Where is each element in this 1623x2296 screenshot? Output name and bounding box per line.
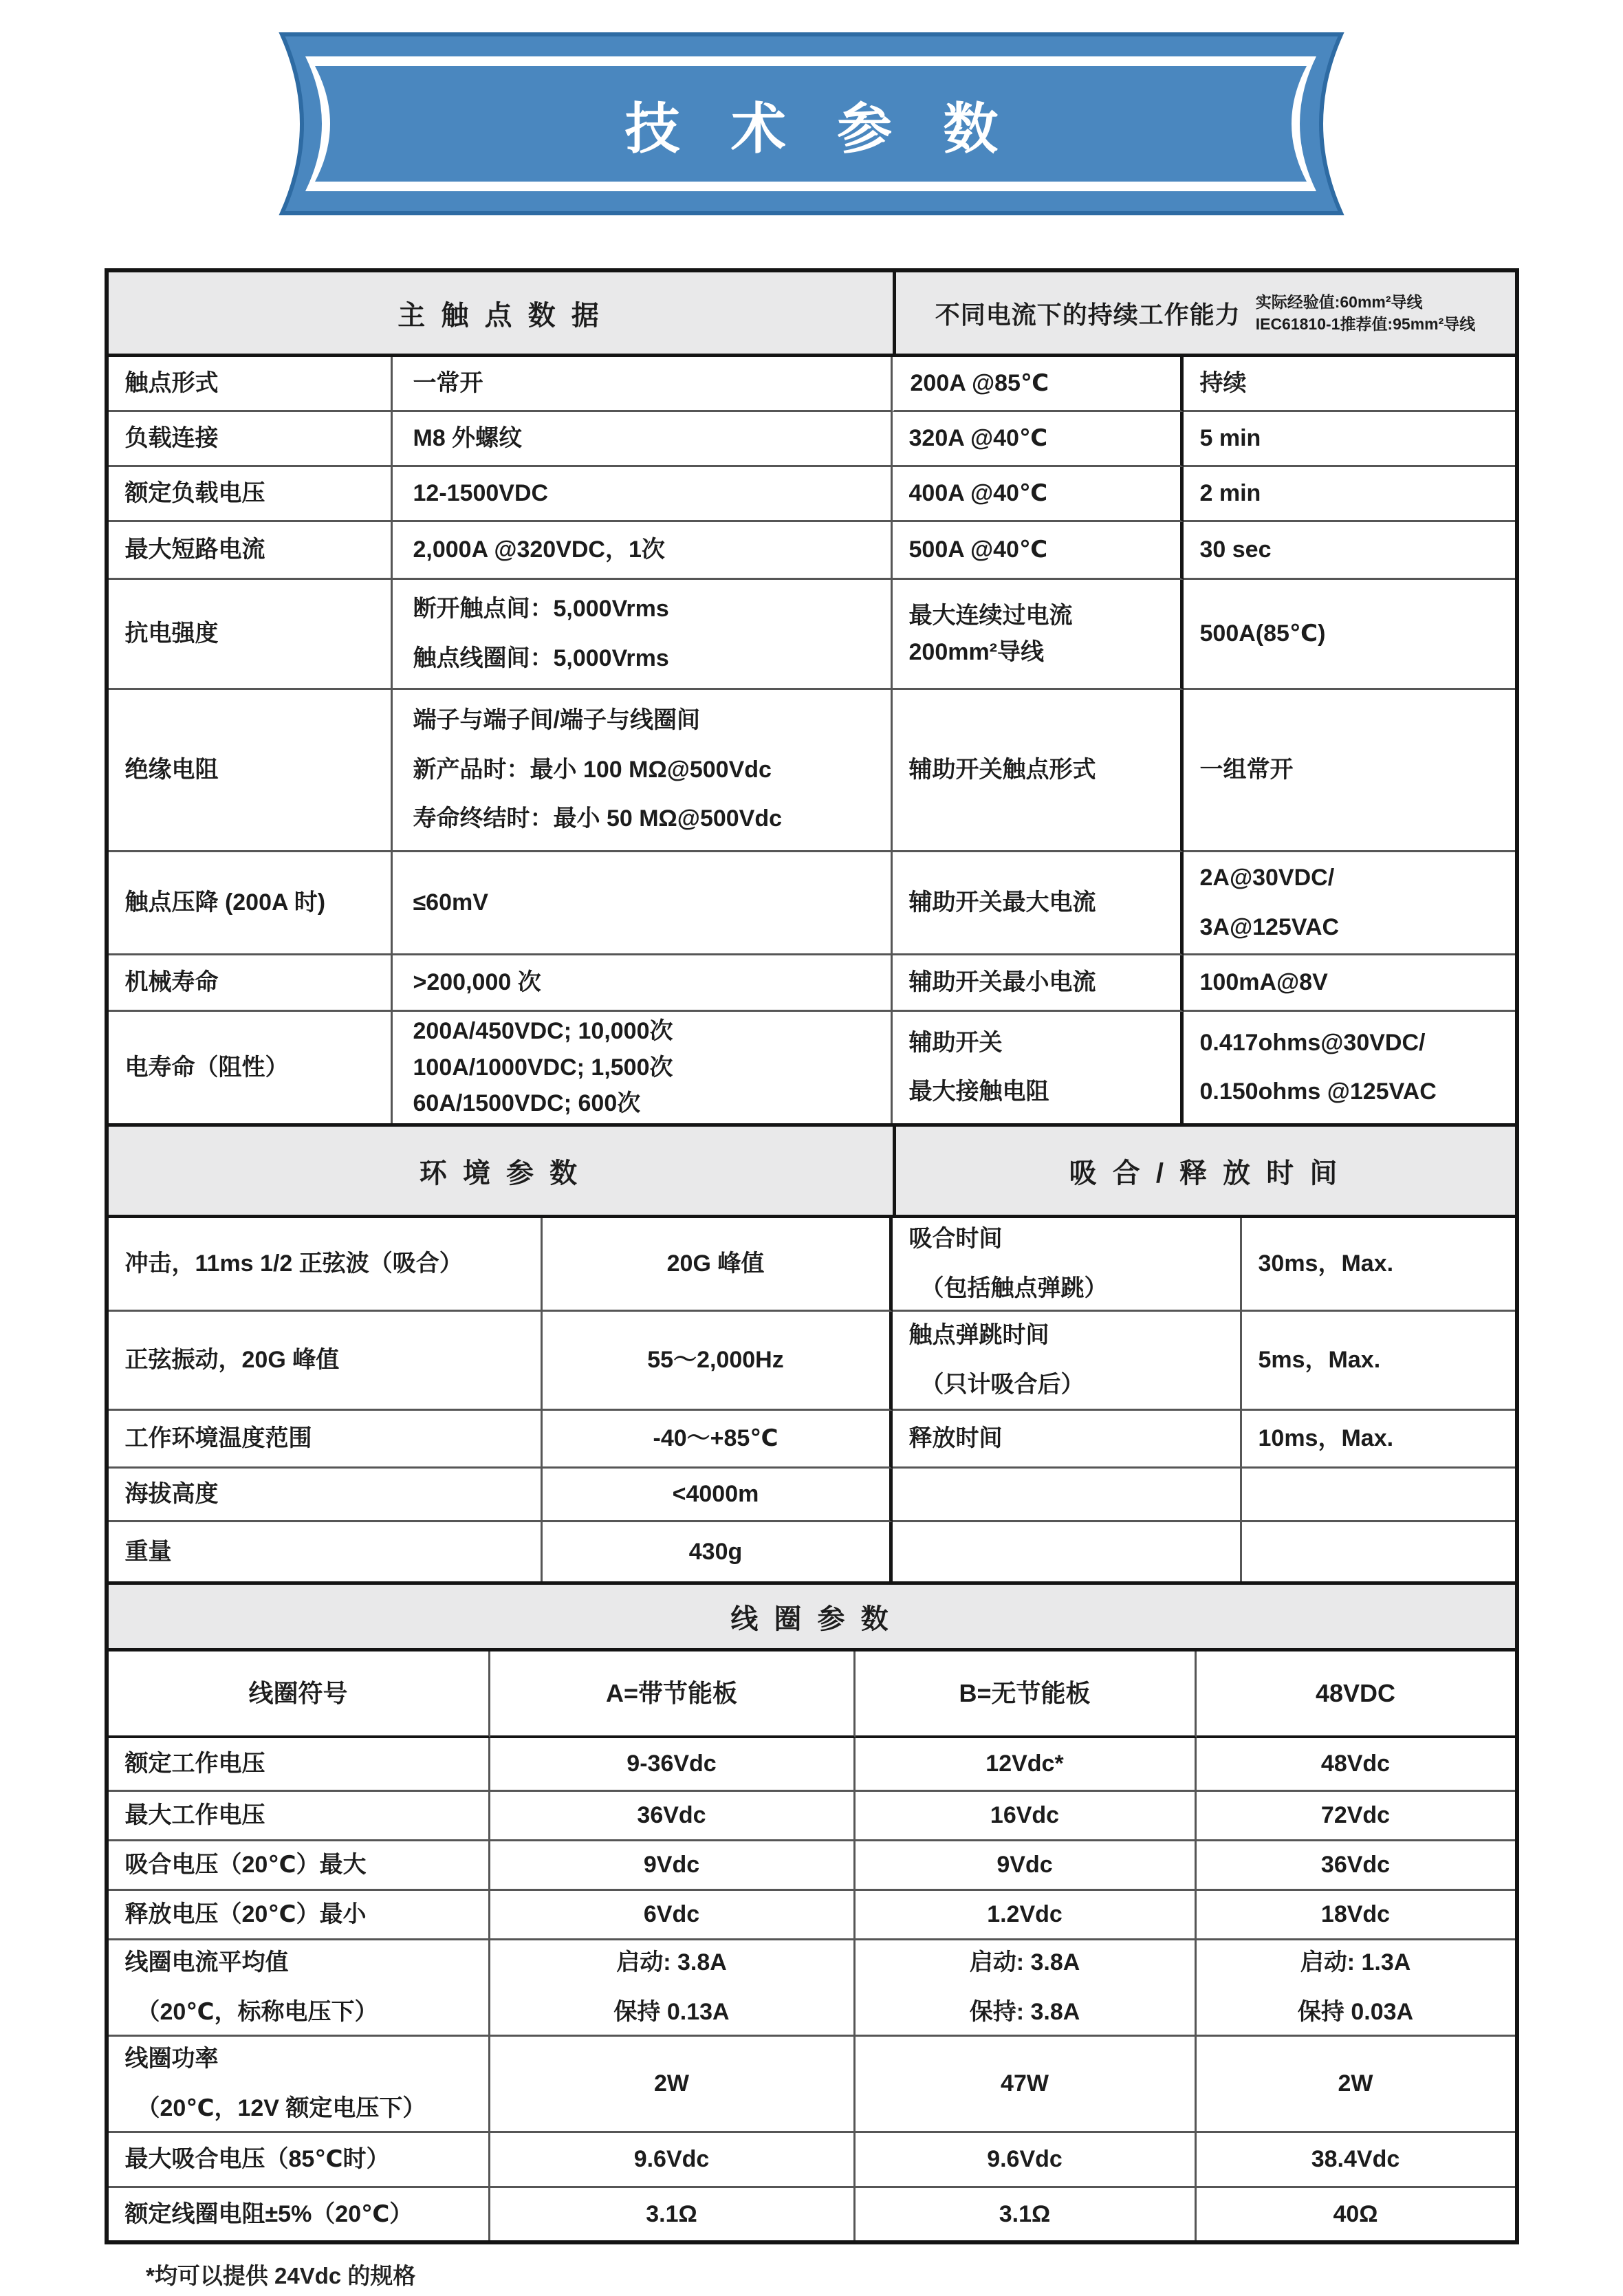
- row-value-cell: 18Vdc: [1197, 1891, 1515, 1940]
- row-value-cell: 2A@30VDC/ 3A@125VAC: [1184, 852, 1515, 955]
- row-value-cell: 启动: 3.8A 保持: 3.8A: [856, 1940, 1197, 2037]
- row-value-cell: -40～+85℃: [543, 1411, 893, 1469]
- row-value-cell: 1.2Vdc: [856, 1891, 1197, 1940]
- row-label-cell: 最大工作电压: [109, 1792, 490, 1841]
- row-value-cell: 12-1500VDC: [393, 467, 893, 522]
- coil-col-header: 48VDC: [1197, 1651, 1515, 1738]
- row-value-cell: [1242, 1522, 1515, 1581]
- row-value-cell: 200A/450VDC; 10,000次 100A/1000VDC; 1,500…: [393, 1012, 893, 1123]
- row-label-cell: 线圈电流平均值 （20℃，标称电压下）: [109, 1940, 490, 2037]
- spec-table: 主 触 点 数 据 不同电流下的持续工作能力 实际经验值:60mm²导线 IEC…: [105, 268, 1519, 2244]
- row-label-cell: 最大连续过电流 200mm²导线: [893, 580, 1184, 690]
- coil-col-header: 线圈符号: [109, 1651, 490, 1738]
- environment-table: 冲击，11ms 1/2 正弦波（吸合） 20G 峰值 吸合时间 （包括触点弹跳）…: [109, 1218, 1515, 1581]
- row-label-cell: 正弦振动，20G 峰值: [109, 1312, 543, 1411]
- footnote: *均可以提供 24Vdc 的规格: [146, 2258, 1623, 2290]
- section1-left-header: 主 触 点 数 据: [109, 272, 893, 354]
- row-label-cell: [893, 1469, 1242, 1522]
- page-title: 技 术 参 数: [275, 29, 1348, 219]
- row-label-cell: 电寿命（阻性）: [109, 1012, 393, 1123]
- coil-col-header: A=带节能板: [490, 1651, 856, 1738]
- row-label-cell: 触点压降 (200A 时): [109, 852, 393, 955]
- row-label-cell: 额定负载电压: [109, 467, 393, 522]
- row-value-cell: 一组常开: [1184, 690, 1515, 852]
- section2-header-band: 环 境 参 数 吸 合 / 释 放 时 间: [109, 1123, 1515, 1218]
- row-value-cell: >200,000 次: [393, 955, 893, 1012]
- row-value-cell: 20G 峰值: [543, 1218, 893, 1312]
- row-value-cell: 48Vdc: [1197, 1738, 1515, 1792]
- section1-right-header: 不同电流下的持续工作能力 实际经验值:60mm²导线 IEC61810-1推荐值…: [893, 272, 1515, 354]
- row-label-cell: 额定工作电压: [109, 1738, 490, 1792]
- row-value-cell: 430g: [543, 1522, 893, 1581]
- row-label-cell: 320A @40℃: [893, 412, 1184, 467]
- row-label-cell: 绝缘电阻: [109, 690, 393, 852]
- row-value-cell: 一常开: [393, 357, 893, 412]
- row-value-cell: 72Vdc: [1197, 1792, 1515, 1841]
- row-value-cell: [1242, 1469, 1515, 1522]
- row-value-cell: 3.1Ω: [490, 2188, 856, 2240]
- section3-header-band: 线 圈 参 数: [109, 1581, 1515, 1651]
- row-label-cell: 辅助开关最小电流: [893, 955, 1184, 1012]
- row-label-cell: 吸合电压（20℃）最大: [109, 1841, 490, 1891]
- row-value-cell: 100mA@8V: [1184, 955, 1515, 1012]
- row-label-cell: 最大吸合电压（85℃时）: [109, 2133, 490, 2188]
- row-value-cell: 5ms，Max.: [1242, 1312, 1515, 1411]
- section2-right-header: 吸 合 / 释 放 时 间: [893, 1127, 1515, 1215]
- row-label-cell: 额定线圈电阻±5%（20℃）: [109, 2188, 490, 2240]
- coil-table: 线圈符号 A=带节能板 B=无节能板 48VDC 额定工作电压 9-36Vdc …: [109, 1651, 1515, 2240]
- row-label-cell: 400A @40℃: [893, 467, 1184, 522]
- row-value-cell: 9-36Vdc: [490, 1738, 856, 1792]
- row-value-cell: 30ms，Max.: [1242, 1218, 1515, 1312]
- row-label-cell: 触点弹跳时间 （只计吸合后）: [893, 1312, 1242, 1411]
- row-value-cell: 启动: 3.8A 保持 0.13A: [490, 1940, 856, 2037]
- row-label-cell: 重量: [109, 1522, 543, 1581]
- row-label-cell: 工作环境温度范围: [109, 1411, 543, 1469]
- main-contact-table: 触点形式 一常开 200A @85℃ 持续 负载连接 M8 外螺纹 320A @…: [109, 357, 1515, 1123]
- row-value-cell: 启动: 1.3A 保持 0.03A: [1197, 1940, 1515, 2037]
- section1-right-header-title: 不同电流下的持续工作能力: [935, 296, 1241, 331]
- coil-col-header: B=无节能板: [856, 1651, 1197, 1738]
- row-label-cell: 抗电强度: [109, 580, 393, 690]
- row-label-cell: 辅助开关 最大接触电阻: [893, 1012, 1184, 1123]
- row-value-cell: 9.6Vdc: [490, 2133, 856, 2188]
- row-value-cell: 55～2,000Hz: [543, 1312, 893, 1411]
- row-value-cell: 0.417ohms@30VDC/ 0.150ohms @125VAC: [1184, 1012, 1515, 1123]
- row-value-cell: 10ms，Max.: [1242, 1411, 1515, 1469]
- row-value-cell: 16Vdc: [856, 1792, 1197, 1841]
- row-label-cell: 辅助开关触点形式: [893, 690, 1184, 852]
- section2-left-header: 环 境 参 数: [109, 1127, 893, 1215]
- row-label-cell: 吸合时间 （包括触点弹跳）: [893, 1218, 1242, 1312]
- row-label-cell: 释放电压（20℃）最小: [109, 1891, 490, 1940]
- row-value-cell: 2 min: [1184, 467, 1515, 522]
- row-value-cell: 36Vdc: [490, 1792, 856, 1841]
- row-label-cell: 释放时间: [893, 1411, 1242, 1469]
- row-value-cell: 36Vdc: [1197, 1841, 1515, 1891]
- row-label-cell: 辅助开关最大电流: [893, 852, 1184, 955]
- row-label-cell: 500A @40℃: [893, 522, 1184, 580]
- row-value-cell: 30 sec: [1184, 522, 1515, 580]
- row-value-cell: 端子与端子间/端子与线圈间 新产品时：最小 100 MΩ@500Vdc 寿命终结…: [393, 690, 893, 852]
- title-banner: 技 术 参 数: [275, 29, 1348, 219]
- row-value-cell: 持续: [1184, 357, 1515, 412]
- row-value-cell: 47W: [856, 2037, 1197, 2133]
- section3-header: 线 圈 参 数: [109, 1585, 1515, 1648]
- row-value-cell: 500A(85℃): [1184, 580, 1515, 690]
- row-label-cell: [893, 1522, 1242, 1581]
- row-label-cell: 负载连接: [109, 412, 393, 467]
- row-value-cell: 9.6Vdc: [856, 2133, 1197, 2188]
- row-value-cell: 9Vdc: [490, 1841, 856, 1891]
- row-value-cell: 40Ω: [1197, 2188, 1515, 2240]
- row-label-cell: 线圈功率 （20℃，12V 额定电压下）: [109, 2037, 490, 2133]
- row-label-cell: 机械寿命: [109, 955, 393, 1012]
- row-value-cell: 2,000A @320VDC，1次: [393, 522, 893, 580]
- row-label-cell: 触点形式: [109, 357, 393, 412]
- row-label-cell: 冲击，11ms 1/2 正弦波（吸合）: [109, 1218, 543, 1312]
- row-value-cell: 38.4Vdc: [1197, 2133, 1515, 2188]
- row-value-cell: 5 min: [1184, 412, 1515, 467]
- row-label-cell: 最大短路电流: [109, 522, 393, 580]
- row-value-cell: 12Vdc*: [856, 1738, 1197, 1792]
- row-label-cell: 200A @85℃: [893, 357, 1184, 412]
- row-value-cell: ≤60mV: [393, 852, 893, 955]
- row-value-cell: 6Vdc: [490, 1891, 856, 1940]
- row-value-cell: 断开触点间：5,000Vrms 触点线圈间：5,000Vrms: [393, 580, 893, 690]
- section1-header-band: 主 触 点 数 据 不同电流下的持续工作能力 实际经验值:60mm²导线 IEC…: [109, 272, 1515, 357]
- row-value-cell: 9Vdc: [856, 1841, 1197, 1891]
- row-value-cell: 3.1Ω: [856, 2188, 1197, 2240]
- row-label-cell: 海拔高度: [109, 1469, 543, 1522]
- section1-right-header-note: 实际经验值:60mm²导线 IEC61810-1推荐值:95mm²导线: [1256, 291, 1476, 335]
- row-value-cell: <4000m: [543, 1469, 893, 1522]
- row-value-cell: 2W: [490, 2037, 856, 2133]
- row-value-cell: M8 外螺纹: [393, 412, 893, 467]
- row-value-cell: 2W: [1197, 2037, 1515, 2133]
